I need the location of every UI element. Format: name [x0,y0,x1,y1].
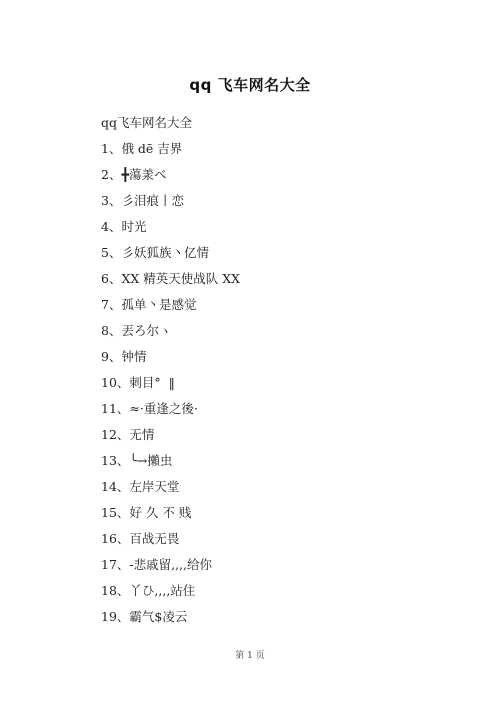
page-number: 第 1 页 [0,648,500,661]
list-item: 16、百战无畏 [101,529,421,555]
list-item: 10、刺目° ‖ [101,373,421,399]
document-title: qq 飞车网名大全 [0,74,500,95]
list-item: 6、XX 精英天使战队 XX [101,269,421,295]
list-item: 8、丟ろ尔ヽ [101,321,421,347]
list-item: 3、彡泪痕丨恋 [101,191,421,217]
list-item: 15、好 久 不 贱 [101,503,421,529]
list-item: 13、╰→攋虫 [101,451,421,477]
list-item: 5、彡妖狐族丶亿情 [101,243,421,269]
list-item: 11、≈·重逢之後· [101,399,421,425]
list-item: 18、丫ひ,,,,站住 [101,581,421,607]
list-item: 7、孤单丶是感觉 [101,295,421,321]
list-item: 1、俄 dē 吉界 [101,139,421,165]
list-item: 2、╋蕩羕ベ [101,165,421,191]
document-body: qq飞车网名大全 1、俄 dē 吉界 2、╋蕩羕ベ 3、彡泪痕丨恋 4、时光 5… [101,113,421,633]
list-item: 19、霸气$凌云 [101,607,421,633]
list-item: 12、无情 [101,425,421,451]
document-subtitle: qq飞车网名大全 [101,113,421,139]
list-item: 17、-悲戚留,,,,给你 [101,555,421,581]
list-item: 9、钟情 [101,347,421,373]
document-page: qq 飞车网名大全 qq飞车网名大全 1、俄 dē 吉界 2、╋蕩羕ベ 3、彡泪… [0,0,500,708]
list-item: 14、左岸天堂 [101,477,421,503]
list-item: 4、时光 [101,217,421,243]
